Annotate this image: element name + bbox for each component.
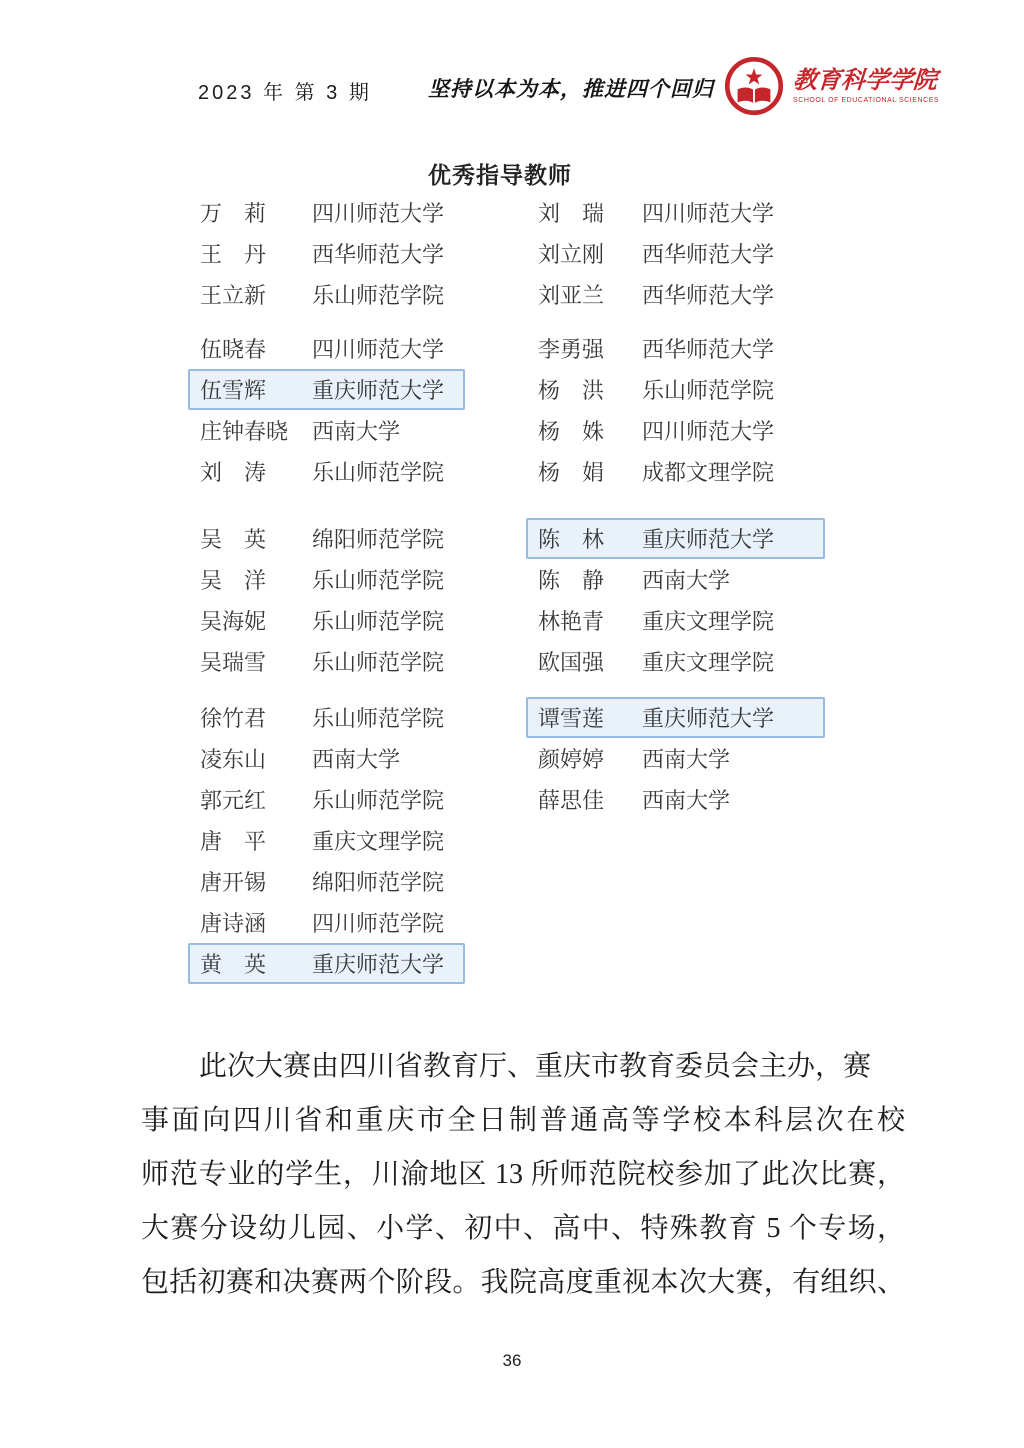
school-name: 重庆师范大学 — [312, 374, 444, 405]
school-name: 重庆师范大学 — [312, 948, 444, 979]
teacher-name: 吴 洋 — [200, 564, 312, 595]
teacher-name: 杨 娟 — [538, 456, 642, 487]
teacher-name: 吴瑞雪 — [200, 646, 312, 677]
school-name-cn: 教育科学学院 — [792, 68, 938, 94]
school-logo: 教育科学学院 SCHOOL OF EDUCATIONAL SCIENCES — [724, 56, 939, 116]
teacher-name: 郭元红 — [200, 784, 312, 815]
school-name: 重庆文理学院 — [312, 825, 444, 856]
roster-entry: 徐竹君乐山师范学院 — [188, 697, 465, 738]
school-name: 西华师范大学 — [642, 333, 774, 364]
roster-entry: 陈 静西南大学 — [526, 559, 825, 600]
roster-entry-highlighted: 谭雪莲重庆师范大学 — [526, 697, 825, 738]
roster-entry: 林艳青重庆文理学院 — [526, 600, 825, 641]
school-name: 西华师范大学 — [312, 238, 444, 269]
roster-entry: 王 丹西华师范大学 — [188, 233, 465, 274]
school-name: 成都文理学院 — [642, 456, 774, 487]
paragraph-line: 事面向四川省和重庆市全日制普通高等学校本科层次在校 — [141, 1094, 905, 1148]
teacher-name: 唐开锡 — [200, 866, 312, 897]
roster-entry: 吴 英绵阳师范学院 — [188, 518, 465, 559]
school-name: 西南大学 — [642, 564, 730, 595]
school-name: 西南大学 — [312, 743, 400, 774]
school-name: 绵阳师范学院 — [312, 523, 444, 554]
school-name: 乐山师范学院 — [312, 784, 444, 815]
roster-column-left: 万 莉四川师范大学王 丹西华师范大学王立新乐山师范学院伍晓春四川师范大学伍雪辉重… — [188, 192, 465, 984]
school-name: 四川师范大学 — [312, 197, 444, 228]
roster-entry: 欧国强重庆文理学院 — [526, 641, 825, 682]
roster-entry-highlighted: 伍雪辉重庆师范大学 — [188, 369, 465, 410]
roster-entry: 吴瑞雪乐山师范学院 — [188, 641, 465, 682]
roster-entry: 刘 涛乐山师范学院 — [188, 451, 465, 492]
teacher-name: 刘立刚 — [538, 238, 642, 269]
teacher-name: 王立新 — [200, 279, 312, 310]
school-name: 西南大学 — [642, 784, 730, 815]
school-name: 重庆师范大学 — [642, 702, 774, 733]
school-name: 重庆师范大学 — [642, 523, 774, 554]
school-name: 乐山师范学院 — [312, 279, 444, 310]
school-name: 西南大学 — [642, 743, 730, 774]
teacher-name: 伍晓春 — [200, 333, 312, 364]
roster-entry: 凌东山西南大学 — [188, 738, 465, 779]
teacher-name: 谭雪莲 — [538, 702, 642, 733]
school-name: 乐山师范学院 — [312, 605, 444, 636]
school-name: 乐山师范学院 — [312, 564, 444, 595]
paragraph-line: 师范专业的学生，川渝地区 13 所师范院校参加了此次比赛， — [141, 1148, 905, 1202]
roster-entry: 杨 姝四川师范大学 — [526, 410, 825, 451]
roster-entry-highlighted: 黄 英重庆师范大学 — [188, 943, 465, 984]
teacher-name: 薛思佳 — [538, 784, 642, 815]
header-slogan: 坚持以本为本，推进四个回归 — [428, 73, 714, 103]
roster-entry: 王立新乐山师范学院 — [188, 274, 465, 315]
roster-entry: 郭元红乐山师范学院 — [188, 779, 465, 820]
school-name: 重庆文理学院 — [642, 605, 774, 636]
teacher-name: 徐竹君 — [200, 702, 312, 733]
teacher-name: 凌东山 — [200, 743, 312, 774]
roster-entry: 伍晓春四川师范大学 — [188, 328, 465, 369]
teacher-name: 颜婷婷 — [538, 743, 642, 774]
roster-entry: 唐 平重庆文理学院 — [188, 820, 465, 861]
teacher-name: 刘 瑞 — [538, 197, 642, 228]
teacher-name: 王 丹 — [200, 238, 312, 269]
page-number: 36 — [0, 1351, 1024, 1371]
teacher-name: 万 莉 — [200, 197, 312, 228]
roster-entry: 庄钟春晓西南大学 — [188, 410, 465, 451]
teacher-name: 杨 姝 — [538, 415, 642, 446]
issue-label: 2023 年 第 3 期 — [198, 76, 372, 105]
roster-entry: 刘立刚西华师范大学 — [526, 233, 825, 274]
roster-entry: 杨 洪乐山师范学院 — [526, 369, 825, 410]
roster-entry: 刘亚兰西华师范大学 — [526, 274, 825, 315]
teacher-name: 吴 英 — [200, 523, 312, 554]
school-name: 四川师范大学 — [642, 197, 774, 228]
roster-entry: 杨 娟成都文理学院 — [526, 451, 825, 492]
teacher-name: 吴海妮 — [200, 605, 312, 636]
roster-entry: 吴海妮乐山师范学院 — [188, 600, 465, 641]
school-name-en: SCHOOL OF EDUCATIONAL SCIENCES — [793, 97, 939, 104]
school-name: 四川师范大学 — [642, 415, 774, 446]
roster-column-right: 刘 瑞四川师范大学刘立刚西华师范大学刘亚兰西华师范大学李勇强西华师范大学杨 洪乐… — [526, 192, 825, 820]
roster-entry: 万 莉四川师范大学 — [188, 192, 465, 233]
teacher-name: 陈 静 — [538, 564, 642, 595]
roster-entry: 薛思佳西南大学 — [526, 779, 825, 820]
roster-entry: 唐开锡绵阳师范学院 — [188, 861, 465, 902]
school-name: 乐山师范学院 — [312, 702, 444, 733]
journal-page: 2023 年 第 3 期 坚持以本为本，推进四个回归 教育科学学院 SCHOOL… — [0, 0, 1024, 1448]
body-paragraph: 此次大赛由四川省教育厅、重庆市教育委员会主办，赛 事面向四川省和重庆市全日制普通… — [141, 1040, 905, 1310]
roster-entry: 颜婷婷西南大学 — [526, 738, 825, 779]
school-name: 乐山师范学院 — [312, 646, 444, 677]
school-logo-text: 教育科学学院 SCHOOL OF EDUCATIONAL SCIENCES — [793, 68, 939, 104]
school-name: 西华师范大学 — [642, 238, 774, 269]
teacher-name: 杨 洪 — [538, 374, 642, 405]
teacher-name: 黄 英 — [200, 948, 312, 979]
teacher-name: 陈 林 — [538, 523, 642, 554]
teacher-name: 林艳青 — [538, 605, 642, 636]
teacher-name: 刘 涛 — [200, 456, 312, 487]
school-name: 西华师范大学 — [642, 279, 774, 310]
teacher-name: 欧国强 — [538, 646, 642, 677]
teacher-name: 唐 平 — [200, 825, 312, 856]
school-name: 四川师范学院 — [312, 907, 444, 938]
paragraph-line: 大赛分设幼儿园、小学、初中、高中、特殊教育 5 个专场， — [141, 1202, 905, 1256]
teacher-name: 刘亚兰 — [538, 279, 642, 310]
school-name: 重庆文理学院 — [642, 646, 774, 677]
roster-title: 优秀指导教师 — [0, 157, 1000, 190]
paragraph-line: 此次大赛由四川省教育厅、重庆市教育委员会主办，赛 — [141, 1040, 905, 1094]
school-name: 四川师范大学 — [312, 333, 444, 364]
school-name: 乐山师范学院 — [312, 456, 444, 487]
teacher-name: 伍雪辉 — [200, 374, 312, 405]
teacher-name: 李勇强 — [538, 333, 642, 364]
roster-entry: 李勇强西华师范大学 — [526, 328, 825, 369]
school-name: 绵阳师范学院 — [312, 866, 444, 897]
roster-entry-highlighted: 陈 林重庆师范大学 — [526, 518, 825, 559]
teacher-name: 唐诗涵 — [200, 907, 312, 938]
roster-entry: 刘 瑞四川师范大学 — [526, 192, 825, 233]
roster-entry: 吴 洋乐山师范学院 — [188, 559, 465, 600]
roster-entry: 唐诗涵四川师范学院 — [188, 902, 465, 943]
school-emblem-icon — [724, 56, 784, 116]
paragraph-line: 包括初赛和决赛两个阶段。我院高度重视本次大赛，有组织、 — [141, 1256, 905, 1310]
school-name: 乐山师范学院 — [642, 374, 774, 405]
teacher-name: 庄钟春晓 — [200, 415, 312, 446]
school-name: 西南大学 — [312, 415, 400, 446]
